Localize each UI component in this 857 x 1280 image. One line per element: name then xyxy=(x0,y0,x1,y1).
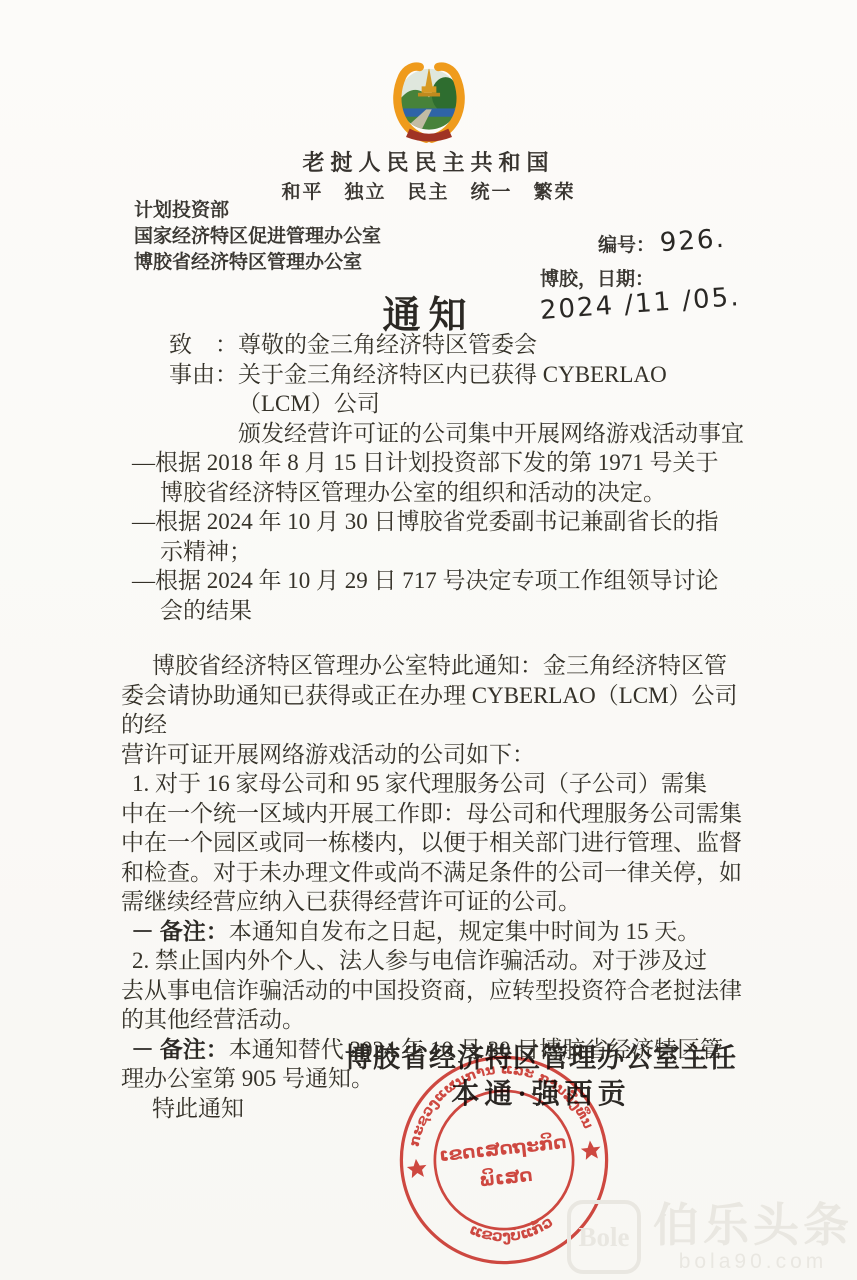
org-line-ministry: 计划投资部 xyxy=(134,198,381,224)
watermark-site-url: bola90.com xyxy=(679,1250,828,1274)
legal-basis-2: —根据 2024 年 10 月 30 日博胶省党委副书记兼副省长的指 示精神； xyxy=(121,507,746,566)
note-1-text: 本通知自发布之日起，规定集中时间为 15 天。 xyxy=(229,919,701,944)
recipient-label: 致 ： xyxy=(169,330,238,360)
seal-star-left-icon xyxy=(406,1158,428,1179)
watermark-brand: 伯乐头条 xyxy=(653,1200,853,1250)
reference-label: 编号： xyxy=(598,235,655,256)
recipient-line: 致 ： 尊敬的金三角经济特区管委会 xyxy=(169,330,746,360)
note-1-line: － 备注：本通知自发布之日起，规定集中时间为 15 天。 xyxy=(121,917,746,947)
svg-text:ກະຊວງແຜນການ ແລະ ການລົງທຶນ: ກະຊວງແຜນການ ແລະ ການລົງທຶນ xyxy=(399,1052,597,1150)
seal-star-right-icon xyxy=(580,1140,602,1161)
note-2-label: － 备注： xyxy=(131,1037,229,1062)
seal-arc-bottom-text: ແຂວງບໍແກ້ວ xyxy=(465,1212,557,1250)
item-2-paragraph: 2. 禁止国内外个人、法人参与电信诈骗活动。对于涉及过 去从事电信诈骗活动的中国… xyxy=(121,946,746,1035)
intro-paragraph: 博胶省经济特区管理办公室特此通知：金三角经济特区管 委会请协助通知已获得或正在办… xyxy=(121,651,746,769)
subject-line: 事由： 关于金三角经济特区内已获得 CYBERLAO（LCM）公司 颁发经营许可… xyxy=(169,360,746,449)
watermark-logo-icon: Bole xyxy=(567,1200,641,1274)
laos-national-emblem-icon xyxy=(377,56,481,148)
svg-text:ແຂວງບໍແກ້ວ: ແຂວງບໍແກ້ວ xyxy=(465,1212,557,1250)
subject-label: 事由： xyxy=(169,360,238,449)
country-title: 老挝人民民主共和国 xyxy=(0,146,857,177)
seal-center-line2: ພິເສດ xyxy=(478,1164,534,1191)
site-watermark: Bole 伯乐头条 bola90.com xyxy=(567,1200,853,1274)
note-1-label: － 备注： xyxy=(131,919,229,944)
seal-center-line1: ເຂດເສດຖະກິດ xyxy=(438,1131,567,1166)
legal-basis-1: —根据 2018 年 8 月 15 日计划投资部下发的第 1971 号关于 博胶… xyxy=(121,448,746,507)
watermark-text-column: 伯乐头条 bola90.com xyxy=(653,1200,853,1274)
seal-arc-top-text: ກະຊວງແຜນການ ແລະ ການລົງທຶນ xyxy=(399,1052,597,1150)
legal-basis-3: —根据 2024 年 10 月 29 日 717 号决定专项工作组领导讨论 会的… xyxy=(121,566,746,625)
issuing-organizations: 计划投资部 国家经济特区促进管理办公室 博胶省经济特区管理办公室 xyxy=(134,198,381,276)
org-line-national-office: 国家经济特区促进管理办公室 xyxy=(134,224,381,250)
scanned-notice-document: 老挝人民民主共和国 和平 独立 民主 统一 繁荣 计划投资部 国家经济特区促进管… xyxy=(0,0,857,1280)
national-motto: 和平 独立 民主 统一 繁荣 xyxy=(0,177,857,204)
notice-body: 致 ： 尊敬的金三角经济特区管委会 事由： 关于金三角经济特区内已获得 CYBE… xyxy=(121,330,746,1123)
reference-number-line: 编号： 926. xyxy=(540,228,840,258)
emblem-container xyxy=(0,56,857,153)
subject-text: 关于金三角经济特区内已获得 CYBERLAO（LCM）公司 颁发经营许可证的公司… xyxy=(238,360,746,449)
item-1-paragraph: 1. 对于 16 家母公司和 95 家代理服务公司（子公司）需集 中在一个统一区… xyxy=(121,769,746,917)
reference-number-handwritten: 926. xyxy=(659,224,727,259)
recipient-value: 尊敬的金三角经济特区管委会 xyxy=(238,330,537,360)
org-line-province-office: 博胶省经济特区管理办公室 xyxy=(134,250,381,276)
